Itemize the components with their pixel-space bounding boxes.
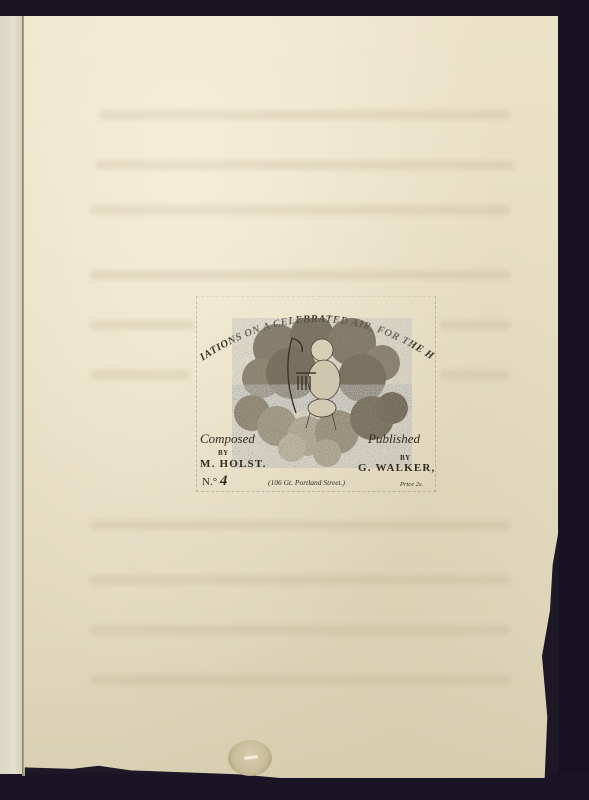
composer-name: M. HOLST. (200, 459, 267, 470)
right-border (559, 0, 589, 800)
publisher-by: BY (400, 455, 411, 462)
publisher-label: Published (368, 432, 420, 445)
publisher-address: (106 Gt. Portland Street.) (268, 479, 345, 487)
top-border (0, 0, 589, 16)
publisher-name: G. WALKER, (358, 463, 436, 474)
paper-stain (228, 740, 272, 776)
previous-page-edge (0, 16, 24, 774)
number-value: 4 (220, 473, 228, 489)
composer-by: BY (218, 450, 229, 457)
composer-label: Composed (200, 432, 255, 445)
price: Price 2s. (400, 482, 423, 489)
number-prefix: N.° (202, 476, 217, 488)
plate-number: N.° 4 (202, 474, 227, 489)
